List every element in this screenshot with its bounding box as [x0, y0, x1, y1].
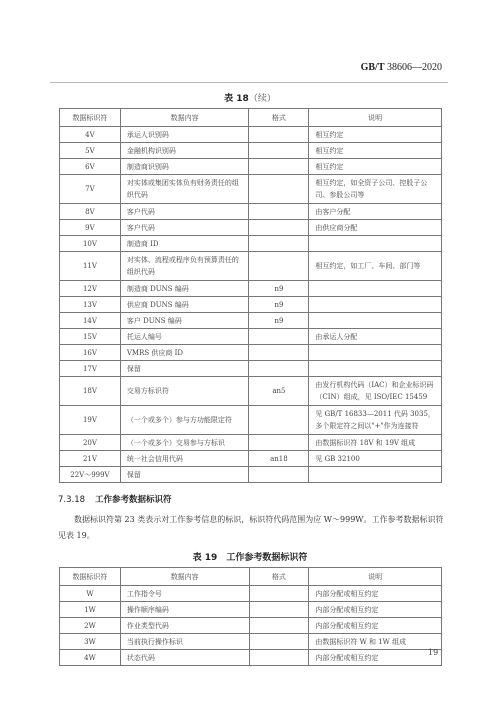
col-header-id: 数据标识符	[60, 109, 121, 127]
col-header-content: 数据内容	[120, 109, 249, 127]
cell-content: 制造商 DUNS 编码	[120, 281, 249, 297]
cell-content: VMRS 供应商 ID	[120, 345, 249, 361]
table-row: 4V承运人识别码相互约定	[60, 127, 442, 143]
cell-note: 相互约定	[309, 127, 442, 143]
table-row: 22V～999V保留	[60, 467, 442, 483]
cell-note: 由数据标识符 18V 和 19V 组成	[309, 435, 442, 451]
table-row: 18V交易方标识符an5由发行机构代码（IAC）和企业标识码（CIN）组成，见 …	[60, 377, 442, 406]
table-row: 12V制造商 DUNS 编码n9	[60, 281, 442, 297]
header-rule	[50, 82, 448, 83]
col-header-content: 数据内容	[120, 568, 249, 586]
cell-id: 2W	[60, 618, 121, 634]
table-row: 17V保留	[60, 361, 442, 377]
cell-format: n9	[249, 313, 309, 329]
col-header-note: 说明	[309, 568, 442, 586]
cell-content: 供应商 DUNS 编码	[120, 297, 249, 313]
table-header-row: 数据标识符 数据内容 格式 说明	[60, 568, 442, 586]
cell-id: 11V	[60, 252, 121, 281]
cell-format	[249, 435, 309, 451]
cell-format	[249, 204, 309, 220]
cell-format	[249, 127, 309, 143]
cell-id: 7V	[60, 175, 121, 204]
cell-note: 相互约定	[309, 143, 442, 159]
cell-id: W	[60, 586, 121, 602]
cell-content: 客户 DUNS 编码	[120, 313, 249, 329]
cell-content: 工作指令号	[120, 586, 249, 602]
cell-note: 由数据标识符 W 和 1W 组成	[309, 634, 442, 650]
cell-id: 22V～999V	[60, 467, 121, 483]
cell-note: 见 GB/T 16833—2011 代码 3035，多个限定符之间以"+"作为连…	[309, 406, 442, 435]
cell-id: 19V	[60, 406, 121, 435]
cell-format	[249, 329, 309, 345]
cell-content: 客户代码	[120, 220, 249, 236]
cell-format	[249, 650, 309, 666]
cell-content: 客户代码	[120, 204, 249, 220]
cell-format	[249, 220, 309, 236]
cell-content: 制造商识别码	[120, 159, 249, 175]
cell-note: 相互约定，如工厂、车间、部门等	[309, 252, 442, 281]
cell-content: 当前执行操作标识	[120, 634, 249, 650]
cell-note: 见 GB 32100	[309, 451, 442, 467]
cell-id: 15V	[60, 329, 121, 345]
cell-format	[249, 406, 309, 435]
cell-content: 对实体、流程或程序负有预算责任的组织代码	[120, 252, 249, 281]
cell-id: 21V	[60, 451, 121, 467]
cell-format	[249, 159, 309, 175]
table-row: 20V（一个或多个）交易参与方标识由数据标识符 18V 和 19V 组成	[60, 435, 442, 451]
cell-id: 9V	[60, 220, 121, 236]
cell-format: n9	[249, 297, 309, 313]
table-row: 4W状态代码内部分配或相互约定	[60, 650, 442, 666]
cell-id: 3W	[60, 634, 121, 650]
cell-format	[249, 236, 309, 252]
cell-format	[249, 143, 309, 159]
table-row: 2W作业类型代码内部分配或相互约定	[60, 618, 442, 634]
cell-note	[309, 297, 442, 313]
section-heading: 7.3.18工作参考数据标识符	[58, 493, 172, 505]
cell-id: 12V	[60, 281, 121, 297]
cell-id: 6V	[60, 159, 121, 175]
table-19: 数据标识符 数据内容 格式 说明 W工作指令号内部分配或相互约定1W操作顺序编码…	[59, 567, 442, 666]
cell-content: 作业类型代码	[120, 618, 249, 634]
cell-content: 交易方标识符	[120, 377, 249, 406]
cell-format	[249, 467, 309, 483]
table-row: 19V（一个或多个）参与方功能限定符见 GB/T 16833—2011 代码 3…	[60, 406, 442, 435]
cell-format	[249, 586, 309, 602]
table-18: 数据标识符 数据内容 格式 说明 4V承运人识别码相互约定5V金融机构识别码相互…	[59, 108, 442, 483]
cell-format	[249, 252, 309, 281]
cell-format: an5	[249, 377, 309, 406]
cell-content: 金融机构识别码	[120, 143, 249, 159]
cell-content: 统一社会信用代码	[120, 451, 249, 467]
table-row: 14V客户 DUNS 编码n9	[60, 313, 442, 329]
cell-note: 由客户分配	[309, 204, 442, 220]
standard-number: 38606—2020	[387, 62, 442, 73]
cell-id: 16V	[60, 345, 121, 361]
table-row: 7V对实体或集团实体负有财务责任的组织代码相互约定，如全资子公司、控股子公司、参…	[60, 175, 442, 204]
cell-content: 制造商 ID	[120, 236, 249, 252]
table-header-row: 数据标识符 数据内容 格式 说明	[60, 109, 442, 127]
table-row: 5V金融机构识别码相互约定	[60, 143, 442, 159]
cell-content: 对实体或集团实体负有财务责任的组织代码	[120, 175, 249, 204]
table-row: 15V托运人编号由承运人分配	[60, 329, 442, 345]
table18-caption: 表 18（续）	[0, 91, 500, 104]
table-row: 8V客户代码由客户分配	[60, 204, 442, 220]
cell-note	[309, 281, 442, 297]
cell-note: 内部分配或相互约定	[309, 586, 442, 602]
page-number: 19	[428, 648, 438, 657]
cell-note	[309, 361, 442, 377]
cell-format	[249, 602, 309, 618]
cell-note	[309, 313, 442, 329]
table-row: 13V供应商 DUNS 编码n9	[60, 297, 442, 313]
cell-content: 托运人编号	[120, 329, 249, 345]
cell-note: 由发行机构代码（IAC）和企业标识码（CIN）组成，见 ISO/IEC 1545…	[309, 377, 442, 406]
cell-note: 内部分配或相互约定	[309, 602, 442, 618]
cell-format: an18	[249, 451, 309, 467]
cell-id: 18V	[60, 377, 121, 406]
table-row: 16VVMRS 供应商 ID	[60, 345, 442, 361]
cell-content: 保留	[120, 467, 249, 483]
cell-note	[309, 236, 442, 252]
cell-id: 13V	[60, 297, 121, 313]
cell-id: 10V	[60, 236, 121, 252]
cell-note	[309, 467, 442, 483]
col-header-note: 说明	[309, 109, 442, 127]
cell-note: 由承运人分配	[309, 329, 442, 345]
cell-note	[309, 345, 442, 361]
cell-id: 17V	[60, 361, 121, 377]
section-number: 7.3.18	[58, 495, 85, 505]
cell-id: 1W	[60, 602, 121, 618]
table-row: 11V对实体、流程或程序负有预算责任的组织代码相互约定，如工厂、车间、部门等	[60, 252, 442, 281]
cell-format	[249, 634, 309, 650]
cell-note: 由供应商分配	[309, 220, 442, 236]
table-row: 3W当前执行操作标识由数据标识符 W 和 1W 组成	[60, 634, 442, 650]
cell-format	[249, 175, 309, 204]
cell-id: 14V	[60, 313, 121, 329]
cell-content: 状态代码	[120, 650, 249, 666]
section-title: 工作参考数据标识符	[95, 495, 172, 505]
cell-note: 内部分配或相互约定	[309, 650, 442, 666]
cell-note: 内部分配或相互约定	[309, 618, 442, 634]
table18-caption-main: 表 18	[224, 94, 249, 104]
standard-header: GB/T 38606—2020	[361, 62, 442, 73]
cell-id: 4V	[60, 127, 121, 143]
cell-id: 4W	[60, 650, 121, 666]
cell-content: 保留	[120, 361, 249, 377]
col-header-id: 数据标识符	[60, 568, 121, 586]
table-row: 10V制造商 ID	[60, 236, 442, 252]
table-row: 9V客户代码由供应商分配	[60, 220, 442, 236]
cell-content: 承运人识别码	[120, 127, 249, 143]
table-row: W工作指令号内部分配或相互约定	[60, 586, 442, 602]
cell-format: n9	[249, 281, 309, 297]
col-header-format: 格式	[249, 109, 309, 127]
cell-note: 相互约定，如全资子公司、控股子公司、参股公司等	[309, 175, 442, 204]
section-paragraph: 数据标识符第 23 类表示对工作参考信息的标识，标识符代码范围为应 W～999W…	[58, 512, 446, 544]
cell-id: 20V	[60, 435, 121, 451]
table19-caption: 表 19 工作参考数据标识符	[0, 550, 500, 563]
table18-caption-cont: （续）	[249, 94, 276, 104]
cell-id: 5V	[60, 143, 121, 159]
standard-prefix: GB/T	[361, 62, 385, 73]
table-row: 1W操作顺序编码内部分配或相互约定	[60, 602, 442, 618]
cell-id: 8V	[60, 204, 121, 220]
table-row: 6V制造商识别码相互约定	[60, 159, 442, 175]
cell-format	[249, 618, 309, 634]
cell-content: （一个或多个）参与方功能限定符	[120, 406, 249, 435]
table-row: 21V统一社会信用代码an18见 GB 32100	[60, 451, 442, 467]
cell-format	[249, 361, 309, 377]
cell-format	[249, 345, 309, 361]
col-header-format: 格式	[249, 568, 309, 586]
cell-content: （一个或多个）交易参与方标识	[120, 435, 249, 451]
cell-note: 相互约定	[309, 159, 442, 175]
cell-content: 操作顺序编码	[120, 602, 249, 618]
